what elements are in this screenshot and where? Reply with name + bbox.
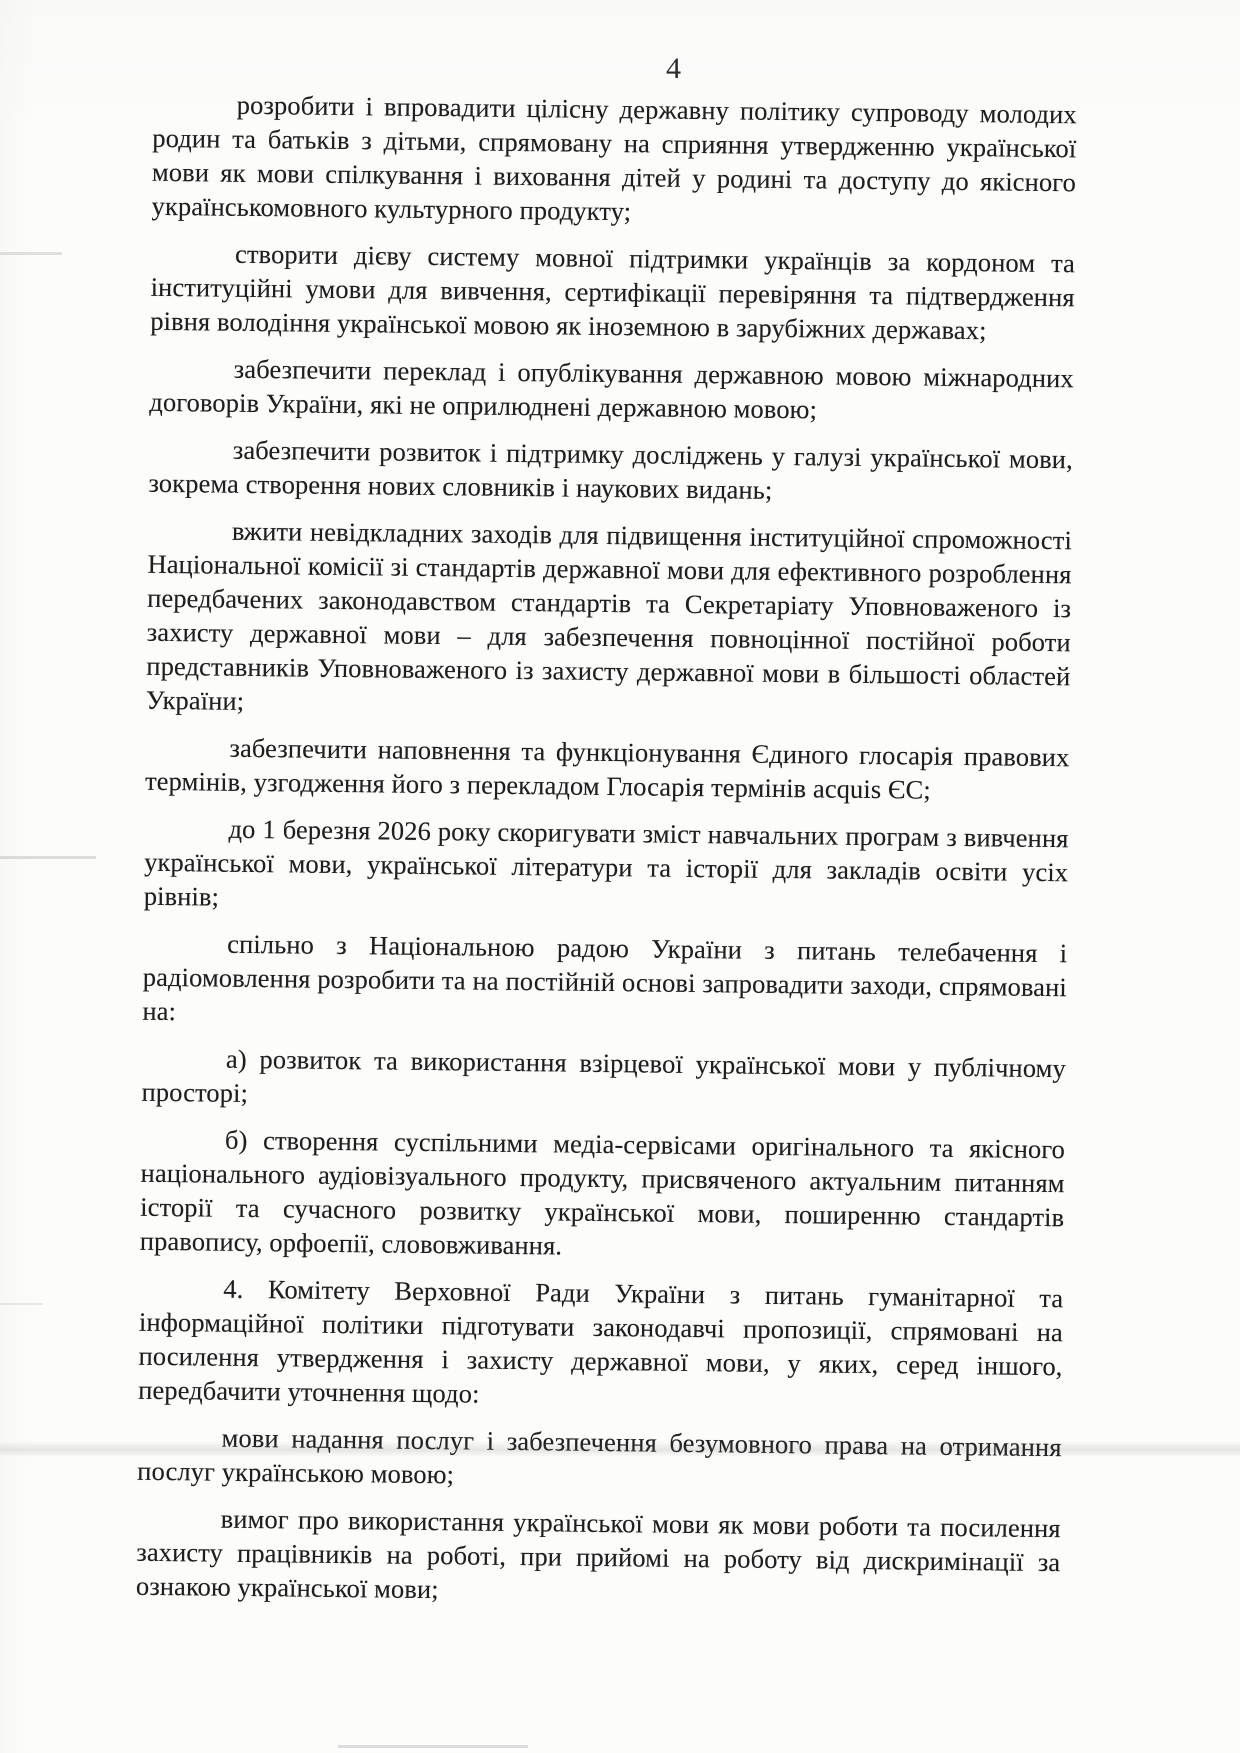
paragraph: до 1 березня 2026 року скоригувати зміст…	[144, 811, 1069, 923]
scan-artifact-left-edge	[0, 1303, 42, 1305]
paragraph: спільно з Національною радою України з п…	[142, 926, 1067, 1038]
document-body: розробити і впровадити цілісну державну …	[136, 87, 1077, 1626]
paragraph: а) розвиток та використання взірцевої ук…	[141, 1041, 1066, 1119]
scan-artifact-left-edge	[0, 856, 96, 859]
paragraph: забезпечити переклад і опублікування дер…	[149, 351, 1074, 429]
paragraph: вимог про використання української мови …	[136, 1501, 1061, 1613]
paragraph: вжити невідкладних заходів для підвищенн…	[146, 513, 1072, 727]
page-number: 4	[666, 52, 682, 86]
paragraph: створити дієву систему мовної підтримки …	[150, 236, 1075, 348]
paragraph: 4. Комітету Верховної Ради України з пит…	[138, 1271, 1063, 1417]
paragraph: мови надання послуг і забезпечення безум…	[137, 1420, 1062, 1498]
paragraph: розробити і впровадити цілісну державну …	[151, 87, 1076, 233]
scan-artifact-bottom-edge	[338, 1745, 528, 1748]
scan-artifact-left-edge	[0, 252, 62, 255]
paragraph: забезпечити розвиток і підтримку дослідж…	[148, 432, 1073, 510]
scanned-document-page: 4 розробити і впровадити цілісну державн…	[0, 0, 1240, 1753]
paragraph: б) створення суспільними медіа-сервісами…	[140, 1122, 1065, 1268]
paragraph: забезпечити наповнення та функціонування…	[145, 730, 1070, 808]
